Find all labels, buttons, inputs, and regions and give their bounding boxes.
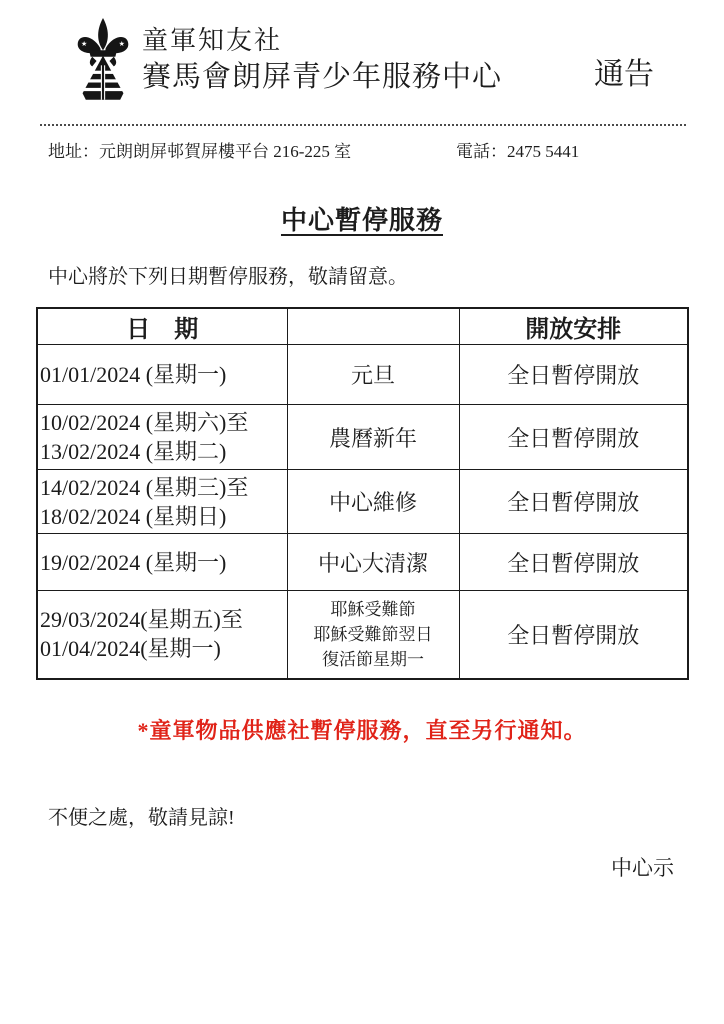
closure-table-body: 01/01/2024 (星期一)元旦全日暫停開放10/02/2024 (星期六)… [37,345,688,679]
arrangement-cell: 全日暫停開放 [459,534,688,591]
supply-store-alert: *童軍物品供應社暫停服務，直至另行通知。 [0,714,724,745]
occasion-cell: 中心大清潔 [287,534,459,591]
table-row: 01/01/2024 (星期一)元旦全日暫停開放 [37,345,688,405]
occasion-cell: 元旦 [287,345,459,405]
org-name-line1: 童軍知友社 [142,24,594,58]
arrangement-cell: 全日暫停開放 [459,345,688,405]
scout-fleur-de-lis-logo: ★ ★ [76,18,130,118]
contact-line: 地址：元朗朗屏邨賀屏樓平台 216-225 室 電話：2475 5441 [0,140,724,164]
date-cell: 19/02/2024 (星期一) [37,534,287,591]
svg-text:★: ★ [81,40,87,48]
occasion-column-header [287,308,459,345]
signature: 中心示 [0,852,724,882]
svg-text:★: ★ [119,40,125,48]
table-row: 29/03/2024(星期五)至01/04/2024(星期一)耶穌受難節耶穌受難… [37,591,688,679]
table-header-row: 日 期 開放安排 [37,308,688,345]
arrangement-cell: 全日暫停開放 [459,591,688,679]
table-row: 19/02/2024 (星期一)中心大清潔全日暫停開放 [37,534,688,591]
notice-intro: 中心將於下列日期暫停服務，敬請留意。 [0,263,724,291]
date-cell: 10/02/2024 (星期六)至13/02/2024 (星期二) [37,405,287,470]
notice-document: ★ ★ 童軍知友社 賽馬會朗屏青少年服務中心 通告 地址：元朗朗屏邨賀屏樓平台 … [0,0,724,1024]
phone-text: 電話：2475 5441 [456,140,579,164]
occasion-cell: 農曆新年 [287,405,459,470]
table-row: 14/02/2024 (星期三)至18/02/2024 (星期日)中心維修全日暫… [37,470,688,534]
date-cell: 14/02/2024 (星期三)至18/02/2024 (星期日) [37,470,287,534]
arrangement-cell: 全日暫停開放 [459,405,688,470]
date-cell: 29/03/2024(星期五)至01/04/2024(星期一) [37,591,287,679]
date-cell: 01/01/2024 (星期一) [37,345,287,405]
arrangement-column-header: 開放安排 [459,308,688,345]
org-name-block: 童軍知友社 賽馬會朗屏青少年服務中心 [142,18,594,96]
org-name-line2: 賽馬會朗屏青少年服務中心 [142,58,594,96]
arrangement-cell: 全日暫停開放 [459,470,688,534]
header-divider [40,124,686,126]
date-column-header: 日 期 [37,308,287,345]
notice-type-label: 通告 [594,58,654,92]
document-header: ★ ★ 童軍知友社 賽馬會朗屏青少年服務中心 通告 [0,0,724,118]
closure-table: 日 期 開放安排 01/01/2024 (星期一)元旦全日暫停開放10/02/2… [36,307,689,680]
occasion-cell: 中心維修 [287,470,459,534]
closing-remark: 不便之處，敬請見諒! [0,801,724,830]
occasion-cell: 耶穌受難節耶穌受難節翌日復活節星期一 [287,591,459,679]
table-row: 10/02/2024 (星期六)至13/02/2024 (星期二)農曆新年全日暫… [37,405,688,470]
notice-title: 中心暫停服務 [0,200,724,237]
address-text: 地址：元朗朗屏邨賀屏樓平台 216-225 室 [48,142,351,161]
